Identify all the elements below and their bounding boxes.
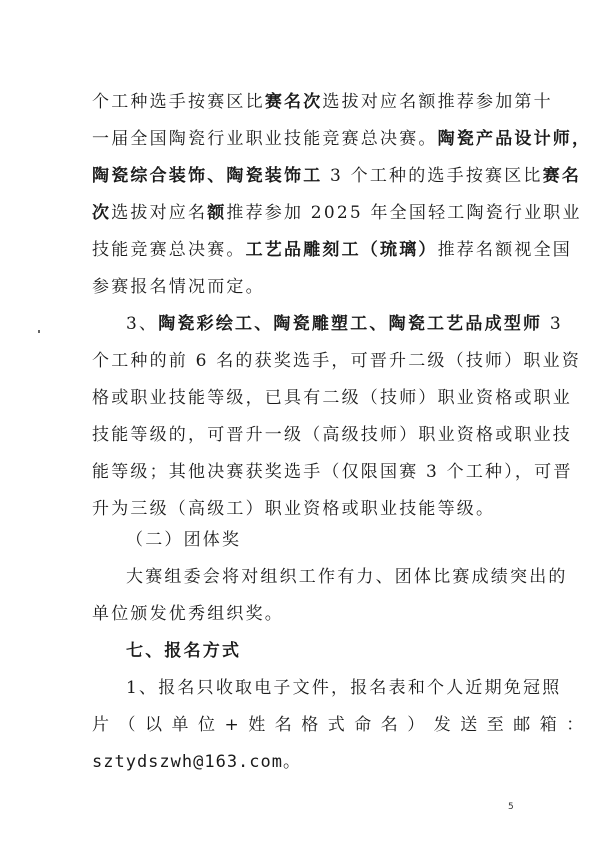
- list-number: 3、: [126, 314, 158, 334]
- text-line: 次选拔对应名额推荐参加 2025 年全国轻工陶瓷行业职业: [92, 203, 532, 223]
- text-run: 3: [542, 314, 563, 334]
- text-run: 能等级；其他决赛获奖选手（仅限国赛 3 个工种），可晋: [92, 462, 573, 482]
- text-run: 技能等级的，可晋升一级（高级技师）职业资格或职业技: [92, 425, 572, 445]
- text-line: 大赛组委会将对组织工作有力、团体比赛成绩突出的: [126, 567, 532, 587]
- text-run: 1、报名只收取电子文件，报名表和个人近期免冠照: [126, 678, 561, 698]
- text-line: 升为三级（高级工）职业资格或职业技能等级。: [92, 499, 532, 519]
- section-heading: （二）团体奖: [126, 530, 566, 550]
- text-run: 升为三级（高级工）职业资格或职业技能等级。: [92, 499, 495, 519]
- bold-run: 工艺品雕刻工（琉璃）: [246, 240, 438, 260]
- bold-run: 赛名: [543, 166, 581, 186]
- text-line: 陶瓷综合装饰、陶瓷装饰工 3 个工种的选手按赛区比赛名: [92, 166, 532, 186]
- text-line: 参赛报名情况而定。: [92, 277, 532, 297]
- text-line: 片（以单位+姓名格式命名）发送至邮箱：: [92, 715, 532, 735]
- text-run: 3 个工种的选手按赛区比: [322, 166, 542, 186]
- text-run: 技能竞赛总决赛。: [92, 240, 246, 260]
- text-line: 单位颁发优秀组织奖。: [92, 604, 532, 624]
- email-text: sztydszwh@163.com。: [92, 752, 301, 772]
- section-heading: 七、报名方式: [126, 641, 566, 661]
- text-line: 能等级；其他决赛获奖选手（仅限国赛 3 个工种），可晋: [92, 462, 532, 482]
- text-line: 技能竞赛总决赛。工艺品雕刻工（琉璃）推荐名额视全国: [92, 240, 532, 260]
- bold-run: 赛名次: [265, 92, 323, 112]
- text-run: 个工种的前 6 名的获奖选手，可晋升二级（技师）职业资: [92, 351, 581, 371]
- bold-run: 陶瓷产品设计师，: [438, 129, 592, 149]
- text-line: 一届全国陶瓷行业职业技能竞赛总决赛。陶瓷产品设计师，: [92, 129, 532, 149]
- bold-run: 次: [92, 203, 111, 223]
- text-run: 个工种选手按赛区比: [92, 92, 265, 112]
- bold-run: 额: [207, 203, 226, 223]
- bold-run: 陶瓷彩绘工、陶瓷雕塑工、陶瓷工艺品成型师: [158, 314, 542, 334]
- text-run: 片（以单位+姓名格式命名）发送至邮箱：: [92, 715, 593, 735]
- document-page: 个工种选手按赛区比赛名次选拔对应名额推荐参加第十 一届全国陶瓷行业职业技能竞赛总…: [0, 0, 600, 850]
- text-run: 单位颁发优秀组织奖。: [92, 604, 284, 624]
- text-line: 个工种的前 6 名的获奖选手，可晋升二级（技师）职业资: [92, 351, 532, 371]
- text-run: 推荐名额视全国: [438, 240, 572, 260]
- text-line: 格或职业技能等级，已具有二级（技师）职业资格或职业: [92, 388, 532, 408]
- heading-text: （二）团体奖: [126, 530, 241, 550]
- text-run: 选拔对应名额推荐参加第十: [322, 92, 552, 112]
- text-line: 技能等级的，可晋升一级（高级技师）职业资格或职业技: [92, 425, 532, 445]
- email-address: sztydszwh@163.com。: [92, 752, 532, 772]
- page-number: 5: [508, 802, 514, 812]
- text-run: 选拔对应名: [111, 203, 207, 223]
- text-line: 个工种选手按赛区比赛名次选拔对应名额推荐参加第十: [92, 92, 532, 112]
- bold-run: 陶瓷综合装饰、陶瓷装饰工: [92, 166, 322, 186]
- text-line: 3、陶瓷彩绘工、陶瓷雕塑工、陶瓷工艺品成型师 3: [126, 314, 532, 334]
- scan-speck: [38, 330, 40, 333]
- text-run: 推荐参加 2025 年全国轻工陶瓷行业职业: [226, 203, 581, 223]
- text-run: 参赛报名情况而定。: [92, 277, 265, 297]
- heading-text: 七、报名方式: [126, 641, 241, 661]
- text-run: 格或职业技能等级，已具有二级（技师）职业资格或职业: [92, 388, 572, 408]
- text-run: 大赛组委会将对组织工作有力、团体比赛成绩突出的: [126, 567, 568, 587]
- text-run: 一届全国陶瓷行业职业技能竞赛总决赛。: [92, 129, 438, 149]
- text-line: 1、报名只收取电子文件，报名表和个人近期免冠照: [126, 678, 532, 698]
